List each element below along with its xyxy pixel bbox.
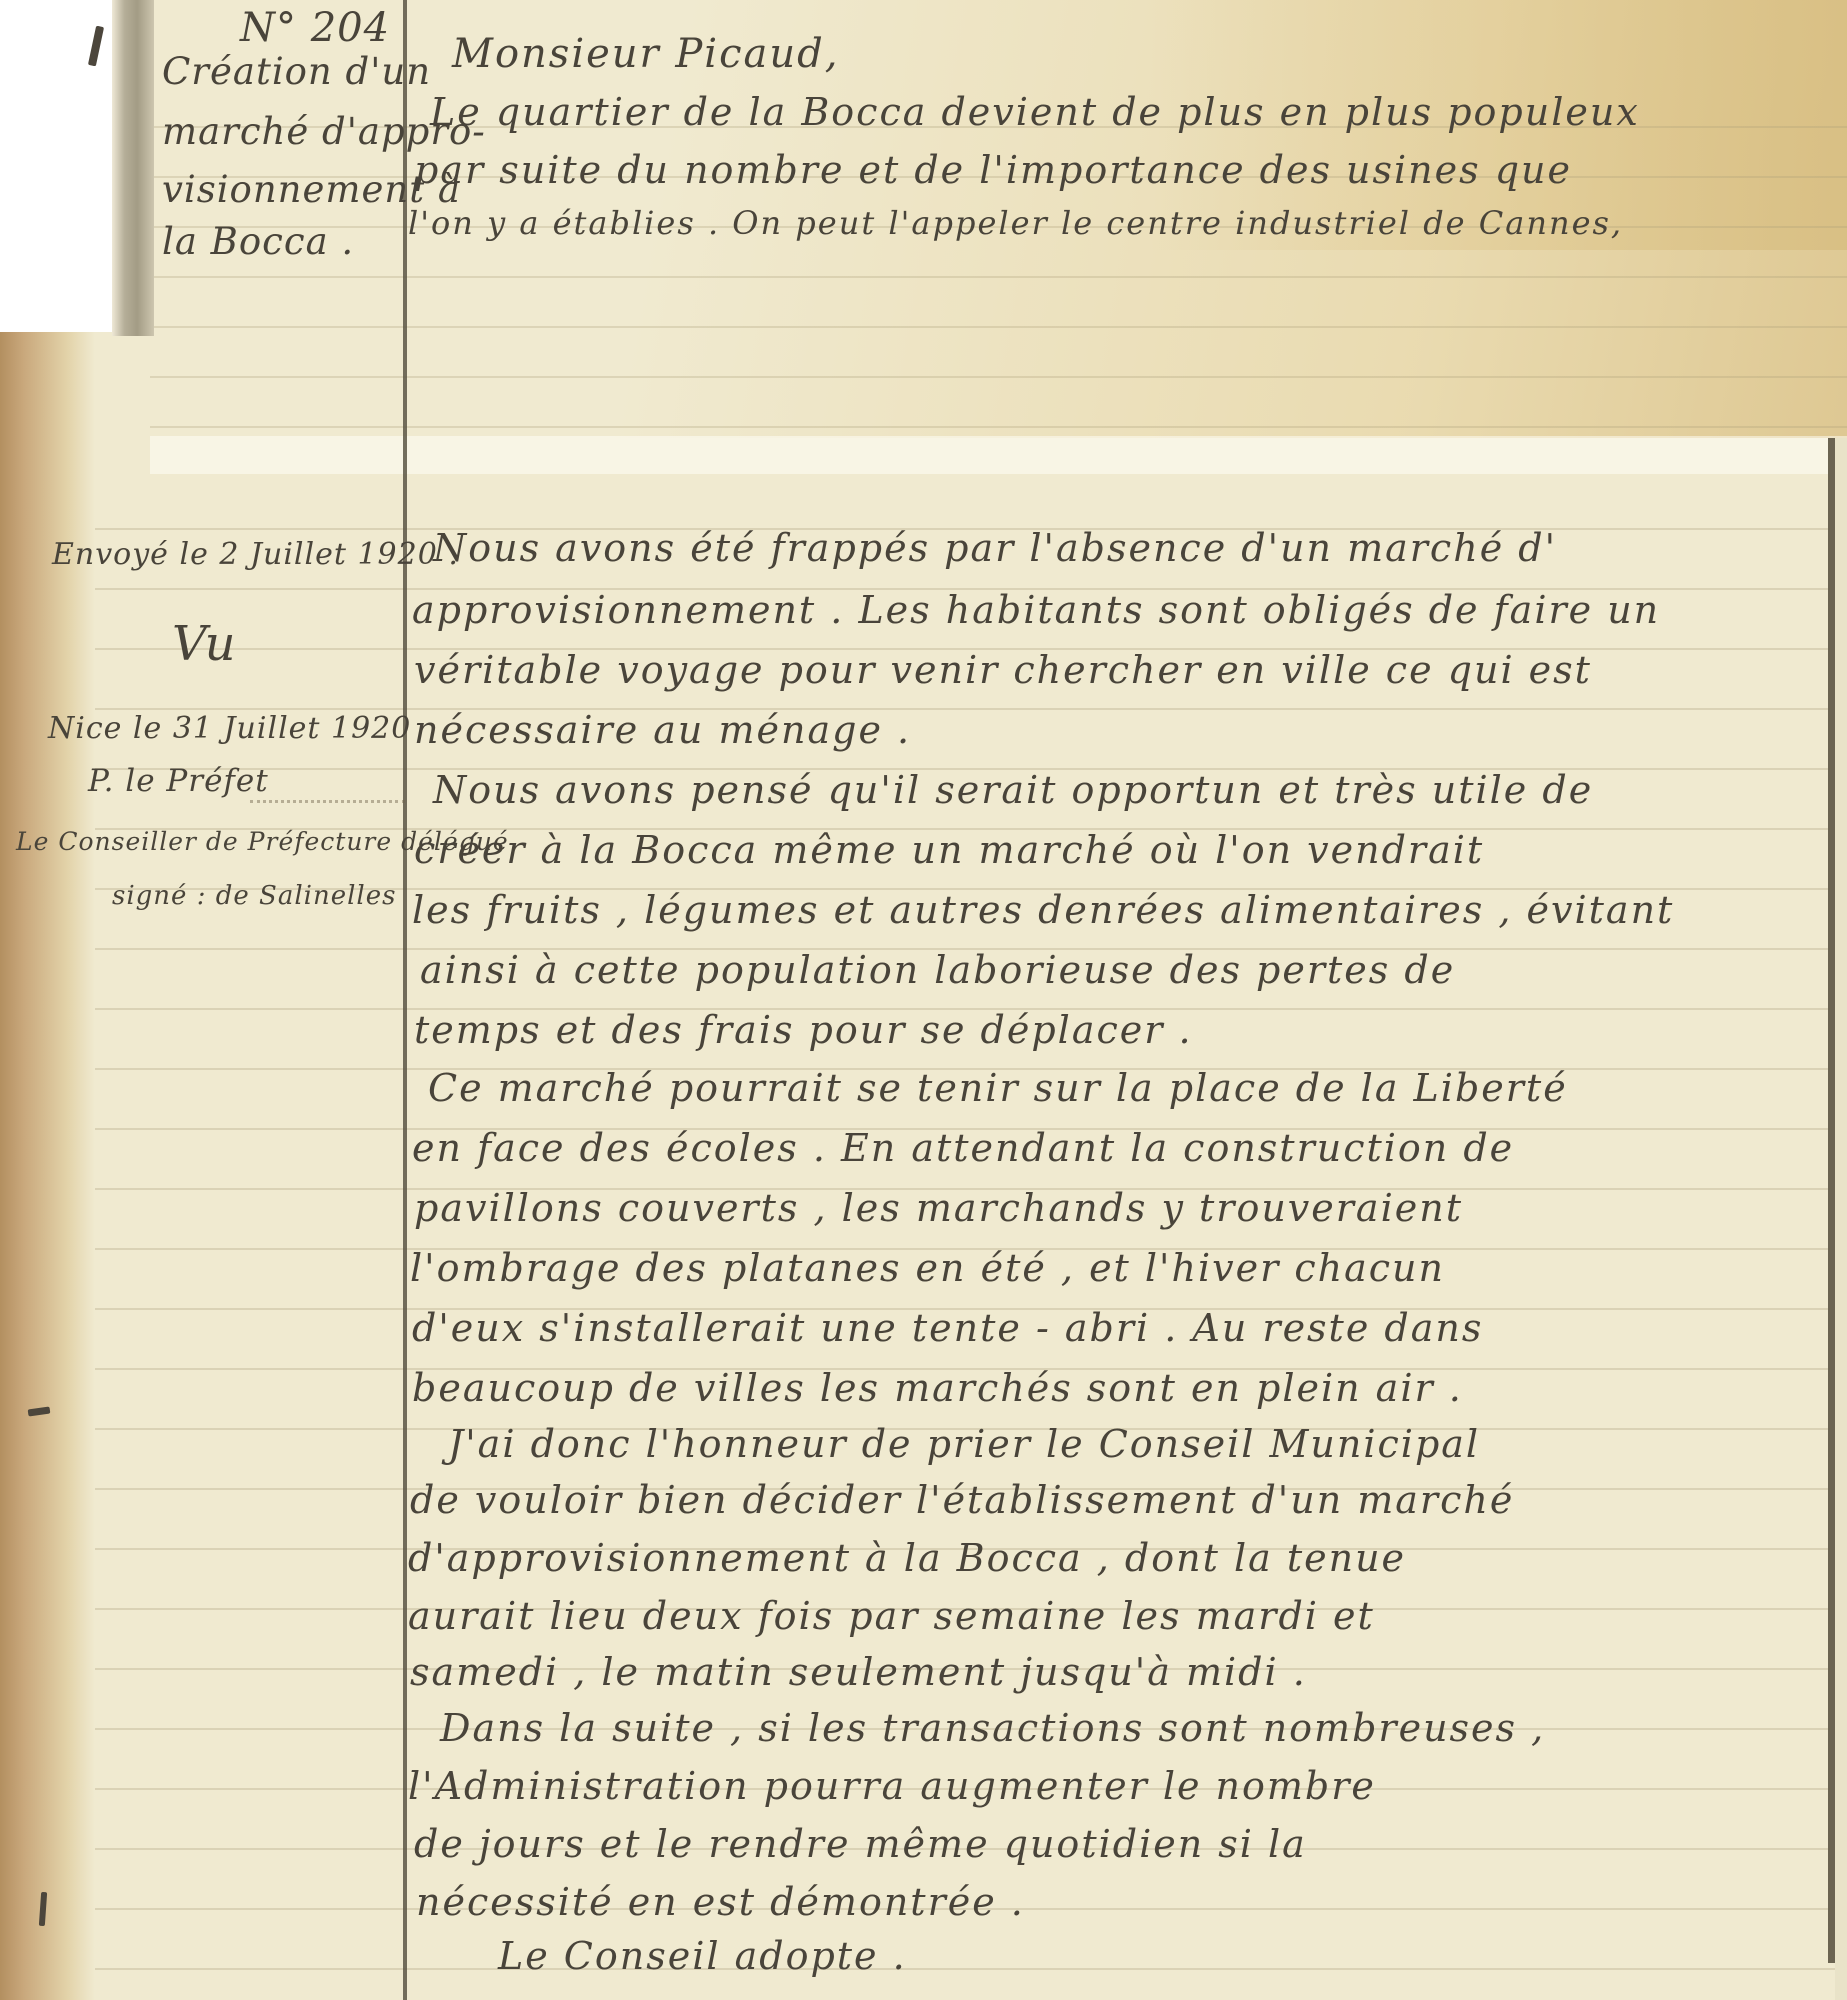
handwritten-line: l'Administration pourra augmenter le nom… bbox=[408, 1766, 1376, 1808]
handwritten-line: approvisionnement . Les habitants sont o… bbox=[412, 590, 1660, 632]
salutation: Monsieur Picaud, bbox=[452, 32, 839, 76]
council-adopts-line: Le Conseil adopte . bbox=[498, 1936, 907, 1978]
handwritten-line: les fruits , légumes et autres denrées a… bbox=[412, 890, 1674, 932]
handwritten-line: Nous avons pensé qu'il serait opportun e… bbox=[433, 770, 1593, 812]
handwritten-line: Le quartier de la Bocca devient de plus … bbox=[430, 92, 1640, 134]
entry-number: N° 204 bbox=[240, 6, 390, 50]
right-page-margin bbox=[1835, 438, 1847, 2000]
dotted-underline bbox=[250, 800, 405, 803]
right-page-edge-line bbox=[1828, 438, 1835, 1963]
page-binding-edge bbox=[112, 0, 154, 336]
handwritten-line: nécessité en est démontrée . bbox=[416, 1882, 1025, 1924]
register-page-scan: N° 204 Création d'un marché d'appro- vis… bbox=[0, 0, 1847, 2000]
handwritten-line: Dans la suite , si les transactions sont… bbox=[440, 1708, 1545, 1750]
margin-title-line: Création d'un bbox=[162, 52, 431, 93]
margin-divider-line bbox=[403, 0, 407, 2000]
note-envoye: Envoyé le 2 Juillet 1920 . bbox=[52, 538, 459, 571]
handwritten-line: par suite du nombre et de l'importance d… bbox=[414, 150, 1572, 192]
handwritten-line: créer à la Bocca même un marché où l'on … bbox=[414, 830, 1484, 872]
handwritten-line: véritable voyage pour venir chercher en … bbox=[414, 650, 1592, 692]
handwritten-line: l'on y a établies . On peut l'appeler le… bbox=[408, 206, 1623, 241]
handwritten-line: J'ai donc l'honneur de prier le Conseil … bbox=[448, 1424, 1480, 1466]
handwritten-line: de vouloir bien décider l'établissement … bbox=[410, 1480, 1514, 1522]
handwritten-line: d'eux s'installerait une tente - abri . … bbox=[412, 1308, 1483, 1350]
note-signature: signé : de Salinelles bbox=[112, 882, 396, 911]
handwritten-line: ainsi à cette population laborieuse des … bbox=[420, 950, 1455, 992]
handwritten-line: temps et des frais pour se déplacer . bbox=[414, 1010, 1193, 1052]
handwritten-line: nécessaire au ménage . bbox=[414, 710, 911, 752]
handwritten-line: aurait lieu deux fois par semaine les ma… bbox=[408, 1596, 1375, 1638]
handwritten-line: samedi , le matin seulement jusqu'à midi… bbox=[410, 1652, 1307, 1694]
handwritten-line: pavillons couverts , les marchands y tro… bbox=[414, 1188, 1463, 1230]
handwritten-line: l'ombrage des platanes en été , et l'hiv… bbox=[410, 1248, 1445, 1290]
handwritten-line: beaucoup de villes les marchés sont en p… bbox=[412, 1368, 1463, 1410]
handwritten-line: d'approvisionnement à la Bocca , dont la… bbox=[408, 1538, 1406, 1580]
note-vu: Vu bbox=[172, 618, 237, 671]
handwritten-line: de jours et le rendre même quotidien si … bbox=[414, 1824, 1307, 1866]
note-prefet: P. le Préfet bbox=[88, 764, 269, 798]
book-gutter-shadow bbox=[0, 332, 95, 2000]
note-nice-date: Nice le 31 Juillet 1920 bbox=[48, 712, 411, 745]
handwritten-line: Nous avons été frappés par l'absence d'u… bbox=[433, 528, 1557, 570]
handwritten-line: en face des écoles . En attendant la con… bbox=[412, 1128, 1514, 1170]
margin-title-line: la Bocca . bbox=[162, 222, 354, 263]
ruled-lines-bottom bbox=[95, 470, 1835, 1990]
handwritten-line: Ce marché pourrait se tenir sur la place… bbox=[428, 1068, 1568, 1110]
